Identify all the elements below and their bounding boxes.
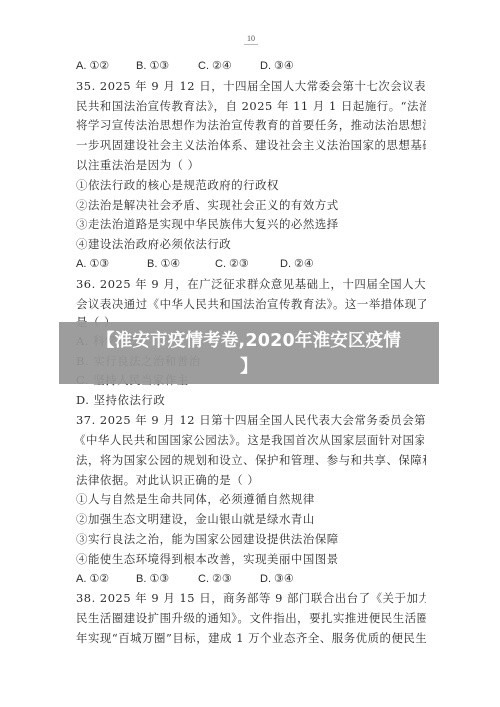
q35-statement-1: ①依法行政的核心是规范政府的行政权: [76, 176, 426, 196]
page-number: 10: [244, 34, 258, 45]
q34-option-d: D. ③④: [260, 57, 294, 77]
title-overlay-banner: 【淮安市疫情考卷,2020年淮安区疫情 】: [59, 322, 439, 384]
q36-stem-line-2: 会议表决通过《中华人民共和国法治宣传教育法》。这一举措体现了法治的要求: [76, 295, 426, 315]
q37-stem-line-3: 法，将为国家公园的规划和设立、保护和管理、参与和共享、保障和监督等提供: [76, 451, 426, 471]
q37-statement-2: ②加强生态文明建设，金山银山就是绿水青山: [76, 510, 426, 530]
q37-stem-line-2: 《中华人民共和国国家公园法》。这是我国首次从国家层面针对国家公园专门立: [74, 431, 424, 451]
q35-option-d: D. ②④: [280, 255, 314, 275]
q35-stem-line-4: 一步巩固建设社会主义法治体系、建设社会主义法治国家的思想基础。我国之所: [76, 136, 426, 156]
q37-stem-line-4: 法律依据。对此认识正确的是（ ）: [76, 471, 426, 491]
banner-title-line-1: 【淮安市疫情考卷,2020年淮安区疫情: [59, 328, 439, 354]
q35-stem-line-1: 35. 2025 年 9 月 12 日，十四届全国人大常委会第十七次会议表决通过…: [76, 77, 426, 97]
q37-stem-line-1: 37. 2025 年 9 月 12 日第十四届全国人民代表大会常务委员会第十七次…: [76, 411, 426, 431]
q35-statement-3: ③走法治道路是实现中华民族伟大复兴的必然选择: [76, 215, 426, 235]
q35-statement-2: ②法治是解决社会矛盾、实现社会正义的有效方式: [76, 196, 426, 216]
q37-statement-1: ①人与自然是生命共同体，必须遵循自然规律: [76, 490, 426, 510]
q35-stem-line-5: 以注重法治是因为（ ）: [76, 156, 426, 176]
q34-option-c: C. ②④: [198, 57, 232, 77]
q34-option-a: A. ①②: [76, 57, 109, 77]
q37-option-a: A. ①②: [76, 570, 109, 590]
q37-option-c: C. ②③: [198, 570, 232, 590]
q34-option-b: B. ①③: [136, 57, 169, 77]
q35-option-a: A. ①③: [76, 255, 109, 275]
q36-option-d: D. 坚持依法行政: [76, 391, 426, 411]
q37-option-d: D. ③④: [260, 570, 294, 590]
q35-option-b: B. ①④: [147, 255, 180, 275]
q37-option-b: B. ①③: [136, 570, 169, 590]
q35-statement-4: ④建设法治政府必须依法行政: [76, 235, 426, 255]
q38-stem-line-1: 38. 2025 年 9 月 15 日，商务部等 9 部门联合出台了《关于加力推…: [76, 589, 426, 609]
exam-page: 10 A. ①② B. ①③ C. ②④ D. ③④ 35. 2025 年 9 …: [0, 0, 500, 707]
q38-stem-line-3: 年实现“百城万圈”目标，建成 1 万个业态齐全、服务优质的便民生活圈。这体: [76, 629, 426, 649]
q35-stem-line-3: 将学习宣传法治思想作为法治宣传教育的首要任务，推动法治思想深入人心，进: [76, 116, 426, 136]
q35-stem-line-2: 民共和国法治宣传教育法》，自 2025 年 11 月 1 日起施行。“法治思想”…: [76, 97, 426, 117]
banner-title-line-2: 】: [59, 354, 439, 380]
q36-stem-line-1: 36. 2025 年 9 月，在广泛征求群众意见基础上，十四届全国人大常委会第十…: [76, 275, 426, 295]
q35-option-c: C. ②③: [215, 255, 249, 275]
q38-stem-line-2: 民生活圈建设扩围升级的通知》。文件指出，要扎实推进便民生活圈建设，到 2030: [76, 609, 426, 629]
q37-statement-4: ④能使生态环境得到根本改善，实现美丽中国图景: [76, 550, 426, 570]
q37-statement-3: ③实行良法之治，能为国家公园建设提供法治保障: [76, 530, 426, 550]
